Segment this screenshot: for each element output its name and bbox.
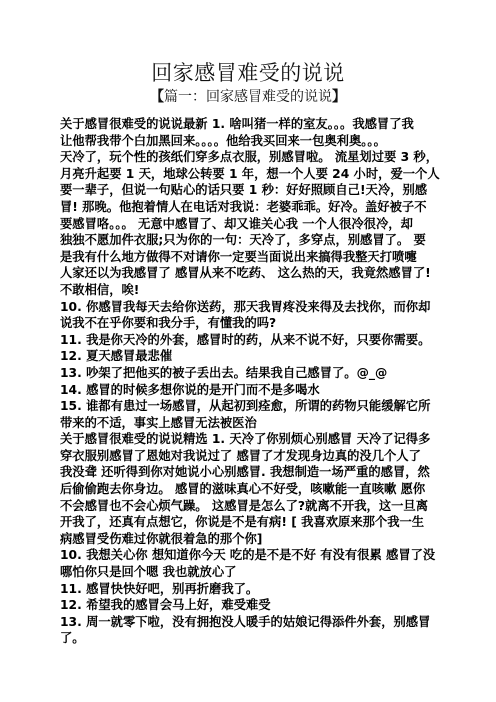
text-line: 关于感冒很难受的说说精选 1. 天冷了你别烦心别感冒 天冷了记得多 (60, 431, 436, 448)
text-line: 11. 感冒快快好吧，别再折磨我了。 (60, 581, 436, 598)
text-line: 让他帮我带个白加黑回来。。。。他给我买回来一包奥利奥。。。 (60, 133, 436, 150)
text-line: 天冷了，玩个性的孩纸们穿多点衣服，别感冒啦。 流星划过要 3 秒， (60, 149, 436, 166)
text-line: 了。 (60, 630, 436, 647)
text-line: 人家还以为我感冒了 感冒从来不吃药、 这么热的天，我竟然感冒了! (60, 265, 436, 282)
text-line: 冒! 那晚。他抱着情人在电话对我说：老婆乖乖。好冷。盖好被子不 (60, 199, 436, 216)
text-line: 后偷偷跑去你身边。 感冒的滋味真心不好受，咳嗽能一直咳嗽 愿你 (60, 481, 436, 498)
text-line: 15. 谁都有患过一场感冒，从起初到痊愈，所谓的药物只能缓解它所 (60, 398, 436, 415)
document-page: 回家感冒难受的说说 【篇一：回家感冒难受的说说】 关于感冒很难受的说说最新 1.… (0, 0, 496, 702)
text-line: 要感冒咯。。。 无意中感冒了、却又谁关心我 一个人很冷很冷，却 (60, 216, 436, 233)
text-line: 13. 周一就零下啦，没有拥抱没人暖手的姑娘记得添件外套，别感冒 (60, 614, 436, 631)
text-line: 穿衣服别感冒了恩她对我说过了 感冒了才发现身边真的没几个人了 (60, 448, 436, 465)
text-line: 哪怕你只是回个嗯 我也就放心了 (60, 564, 436, 581)
subtitle-open-bracket: 【 (150, 89, 164, 105)
text-line: 12. 夏天感冒最悲催 (60, 348, 436, 365)
text-line: 11. 我是你天冷的外套，感冒时的药，从来不说不好，只要你需要。 (60, 332, 436, 349)
text-line: 不会感冒也不会心烦气躁。 这感冒是怎么了?就离不开我，这一旦离 (60, 498, 436, 515)
document-body: 关于感冒很难受的说说最新 1. 啥叫猪一样的室友。。。我感冒了我 让他帮我带个白… (60, 116, 436, 647)
text-line: 不敢相信，唉! (60, 282, 436, 299)
subtitle-close-bracket: 】 (332, 89, 346, 105)
text-line: 要一辈子，但说一句贴心的话只要 1 秒：好好照顾自己!天冷，别感 (60, 182, 436, 199)
text-line: 说我不在乎你要和我分手，有懂我的吗? (60, 315, 436, 332)
text-line: 13. 吵架了把他买的被子丢出去。结果我自己感冒了。@_@ (60, 365, 436, 382)
document-subtitle: 【篇一：回家感冒难受的说说】 (0, 88, 496, 106)
text-line: 关于感冒很难受的说说最新 1. 啥叫猪一样的室友。。。我感冒了我 (60, 116, 436, 133)
text-line: 10. 你感冒我每天去给你送药，那天我胃疼没来得及去找你，而你却 (60, 299, 436, 316)
text-line: 我没聋 还听得到你对她说小心别感冒. 我想制造一场严重的感冒，然 (60, 464, 436, 481)
text-line: 是我有什么地方做得不对请你一定要当面说出来搞得我整天打喷嚏 (60, 249, 436, 266)
text-line: 12. 希望我的感冒会马上好，难受难受 (60, 597, 436, 614)
subtitle-text: 篇一：回家感冒难受的说说 (164, 89, 332, 105)
text-line: 病感冒受伤难过你就很着急的那个你] (60, 531, 436, 548)
text-line: 14. 感冒的时候多想你说的是开门而不是多喝水 (60, 382, 436, 399)
text-line: 带来的不适，事实上感冒无法被医治 (60, 415, 436, 432)
text-line: 月亮升起要 1 天，地球公转要 1 年，想一个人要 24 小时，爱一个人 (60, 166, 436, 183)
text-line: 独独不愿加件衣服;只为你的一句：天冷了，多穿点，别感冒了。 要 (60, 232, 436, 249)
document-title: 回家感冒难受的说说 (0, 60, 496, 86)
text-line: 10. 我想关心你 想知道你今天 吃的是不是不好 有没有很累 感冒了没 (60, 547, 436, 564)
text-line: 开我了，还真有点想它，你说是不是有病! [ 我喜欢原来那个我一生 (60, 514, 436, 531)
